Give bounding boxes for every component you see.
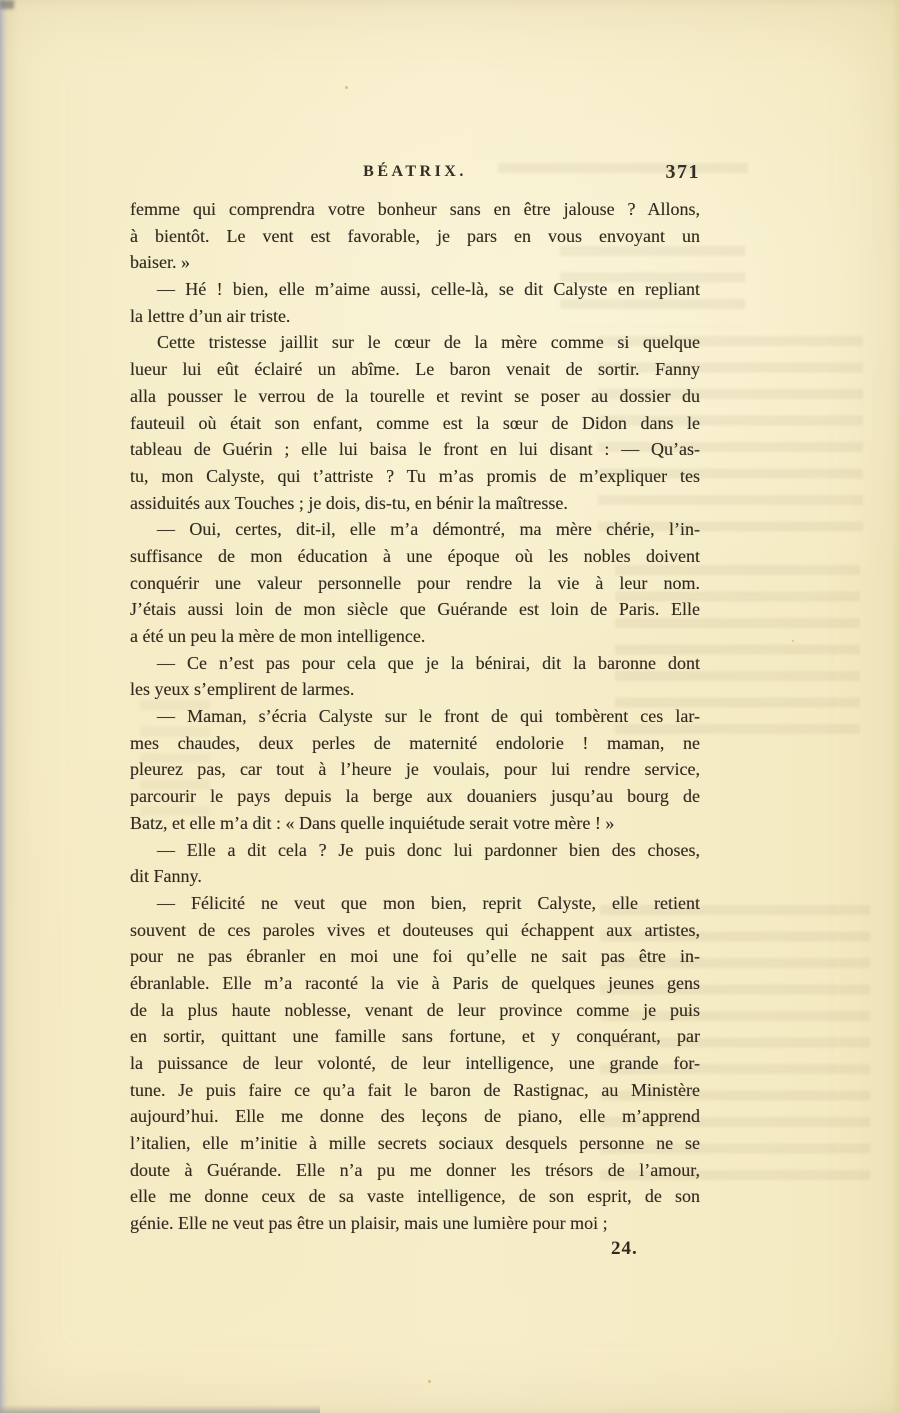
- paragraph: femme qui comprendra votre bonheur sans …: [130, 196, 700, 276]
- paragraph: — Ce n’est pas pour cela que je la bénir…: [130, 650, 700, 703]
- text-line: les yeux s’emplirent de larmes.: [130, 676, 700, 703]
- text-line: doute à Guérande. Elle n’a pu me donner …: [130, 1157, 700, 1184]
- page-header: BÉATRIX. 371: [130, 160, 700, 186]
- text-line: à bientôt. Le vent est favorable, je par…: [130, 223, 700, 250]
- text-line: suffisance de mon éducation à une époque…: [130, 543, 700, 570]
- text-line: conquérir une valeur personnelle pour re…: [130, 570, 700, 597]
- text-line: aujourd’hui. Elle me donne des leçons de…: [130, 1103, 700, 1130]
- text-line: J’étais aussi loin de mon siècle que Gué…: [130, 596, 700, 623]
- text-line: lueur lui eût éclairé un abîme. Le baron…: [130, 356, 700, 383]
- text-line: assiduités aux Touches ; je dois, dis-tu…: [130, 490, 700, 517]
- paragraph: Cette tristesse jaillit sur le cœur de l…: [130, 329, 700, 516]
- paragraph: — Maman, s’écria Calyste sur le front de…: [130, 703, 700, 836]
- text-line: fauteuil où était son enfant, comme est …: [130, 410, 700, 437]
- text-line: elle me donne ceux de sa vaste intellige…: [130, 1183, 700, 1210]
- running-title: BÉATRIX.: [130, 160, 700, 184]
- text-line: de la plus haute noblesse, venant de leu…: [130, 997, 700, 1024]
- text-line: ébranlable. Elle m’a raconté la vie à Pa…: [130, 970, 700, 997]
- text-column: femme qui comprendra votre bonheur sans …: [130, 196, 700, 1237]
- text-line: alla pousser le verrou de la tourelle et…: [130, 383, 700, 410]
- page-number: 371: [666, 160, 701, 184]
- text-line: la lettre d’un air triste.: [130, 303, 700, 330]
- signature-mark: 24.: [611, 1238, 638, 1260]
- text-line: — Ce n’est pas pour cela que je la bénir…: [130, 650, 700, 677]
- text-line: la puissance de leur volonté, de leur in…: [130, 1050, 700, 1077]
- text-line: parcourir le pays depuis la berge aux do…: [130, 783, 700, 810]
- text-line: tu, mon Calyste, qui t’attriste ? Tu m’a…: [130, 463, 700, 490]
- text-line: souvent de ces paroles vives et douteuse…: [130, 917, 700, 944]
- scan-corner-artifact: [0, 0, 14, 9]
- text-line: tableau de Guérin ; elle lui baisa le fr…: [130, 436, 700, 463]
- text-line: dit Fanny.: [130, 863, 700, 890]
- text-line: — Oui, certes, dit-il, elle m’a démontré…: [130, 516, 700, 543]
- text-line: baiser. »: [130, 249, 700, 276]
- scanned-book-page: { "page": { "header": { "title": "BÉATRI…: [0, 0, 900, 1413]
- text-line: a été un peu la mère de mon intelligence…: [130, 623, 700, 650]
- text-line: mes chaudes, deux perles de maternité en…: [130, 730, 700, 757]
- text-line: — Hé ! bien, elle m’aime aussi, celle-là…: [130, 276, 700, 303]
- text-line: l’italien, elle m’initie à mille secrets…: [130, 1130, 700, 1157]
- text-line: en sortir, quittant une famille sans for…: [130, 1023, 700, 1050]
- text-line: Cette tristesse jaillit sur le cœur de l…: [130, 329, 700, 356]
- text-line: — Elle a dit cela ? Je puis donc lui par…: [130, 837, 700, 864]
- scan-edge-left: [0, 0, 7, 1413]
- text-line: — Maman, s’écria Calyste sur le front de…: [130, 703, 700, 730]
- text-line: tune. Je puis faire ce qu’a fait le baro…: [130, 1077, 700, 1104]
- paragraph: — Oui, certes, dit-il, elle m’a démontré…: [130, 516, 700, 649]
- text-line: — Félicité ne veut que mon bien, reprit …: [130, 890, 700, 917]
- text-line: Batz, et elle m’a dit : « Dans quelle in…: [130, 810, 700, 837]
- paragraph: — Hé ! bien, elle m’aime aussi, celle-là…: [130, 276, 700, 329]
- text-line: femme qui comprendra votre bonheur sans …: [130, 196, 700, 223]
- paragraph: — Elle a dit cela ? Je puis donc lui par…: [130, 837, 700, 890]
- text-line: pleurez pas, car tout à l’heure je voula…: [130, 756, 700, 783]
- paragraph: — Félicité ne veut que mon bien, reprit …: [130, 890, 700, 1237]
- text-line: pour ne pas ébranler en moi une foi qu’e…: [130, 943, 700, 970]
- text-line: génie. Elle ne veut pas être un plaisir,…: [130, 1210, 700, 1237]
- scan-edge-bottom: [0, 1405, 320, 1413]
